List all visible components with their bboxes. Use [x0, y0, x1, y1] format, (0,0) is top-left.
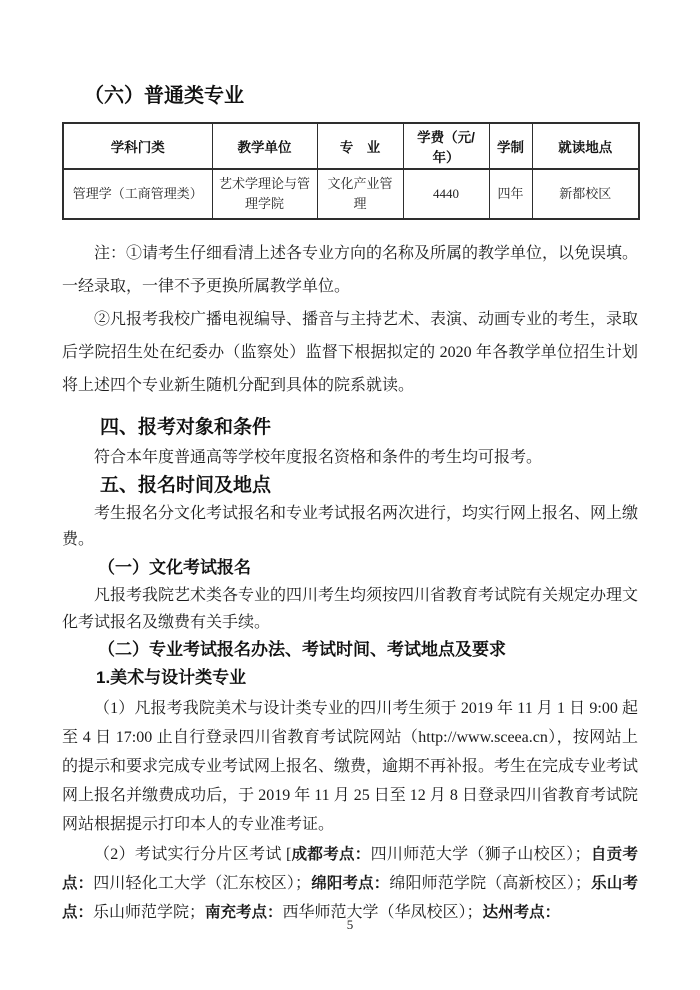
cell-tuition: 4440: [403, 169, 489, 219]
site-value-mianyang: 绵阳师范学院（高新校区）；: [389, 875, 591, 892]
section4-body: 符合本年度普通高等学校年度报名资格和条件的考生均可报考。: [62, 444, 638, 471]
site-label-chengdu: 成都考点：: [291, 846, 370, 863]
paragraph-exam-sites: （2）考试实行分片区考试 [成都考点：四川师范大学（狮子山校区）；自贡考点：四川…: [62, 840, 638, 927]
section5-heading: 五、报名时间及地点: [62, 473, 638, 499]
header-discipline-category: 学科门类: [63, 123, 212, 169]
section6-heading: （六）普通类专业: [62, 84, 638, 108]
header-campus: 就读地点: [532, 123, 639, 169]
site-value-zigong: 四川轻化工大学（汇东校区）；: [93, 875, 311, 892]
art-category-heading: 1.美术与设计类专业: [62, 666, 638, 690]
cell-campus: 新都校区: [532, 169, 639, 219]
page-number: 5: [0, 917, 700, 933]
document-page: （六）普通类专业 学科门类 教学单位 专 业 学费（元/年） 学制 就读地点 管…: [0, 0, 700, 990]
cell-duration: 四年: [489, 169, 532, 219]
table-row: 管理学（工商管理类） 艺术学理论与管理学院 文化产业管理 4440 四年 新都校…: [63, 169, 639, 219]
sub1-heading: （一）文化考试报名: [62, 556, 638, 580]
sub2-heading: （二）专业考试报名办法、考试时间、考试地点及要求: [62, 638, 638, 662]
majors-table: 学科门类 教学单位 专 业 学费（元/年） 学制 就读地点 管理学（工商管理类）…: [62, 122, 640, 220]
note-paragraph-2: ②凡报考我校广播电视编导、播音与主持艺术、表演、动画专业的考生，录取后学院招生处…: [62, 303, 638, 402]
cell-teaching-unit: 艺术学理论与管理学院: [212, 169, 317, 219]
site-value-chengdu: 四川师范大学（狮子山校区）；: [371, 846, 591, 863]
paragraph-registration: （1）凡报考我院美术与设计类专业的四川考生须于 2019 年 11 月 1 日 …: [62, 694, 638, 839]
sub1-body: 凡报考我院艺术类各专业的四川考生均须按四川省教育考试院有关规定办理文化考试报名及…: [62, 582, 638, 636]
note-paragraph-1: 注：①请考生仔细看清上述各专业方向的名称及所属的教学单位，以免误填。一经录取，一…: [62, 237, 638, 303]
section4-heading: 四、报考对象和条件: [62, 415, 638, 441]
exam-sites-intro: （2）考试实行分片区考试 [: [94, 846, 291, 863]
header-major: 专 业: [317, 123, 403, 169]
site-label-mianyang: 绵阳考点：: [311, 875, 389, 892]
cell-discipline-category: 管理学（工商管理类）: [63, 169, 212, 219]
table-header-row: 学科门类 教学单位 专 业 学费（元/年） 学制 就读地点: [63, 123, 639, 169]
header-teaching-unit: 教学单位: [212, 123, 317, 169]
cell-major: 文化产业管理: [317, 169, 403, 219]
header-duration: 学制: [489, 123, 532, 169]
section5-intro: 考生报名分文化考试报名和专业考试报名两次进行，均实行网上报名、网上缴费。: [62, 501, 638, 553]
header-tuition: 学费（元/年）: [403, 123, 489, 169]
page-content: （六）普通类专业 学科门类 教学单位 专 业 学费（元/年） 学制 就读地点 管…: [62, 0, 638, 927]
